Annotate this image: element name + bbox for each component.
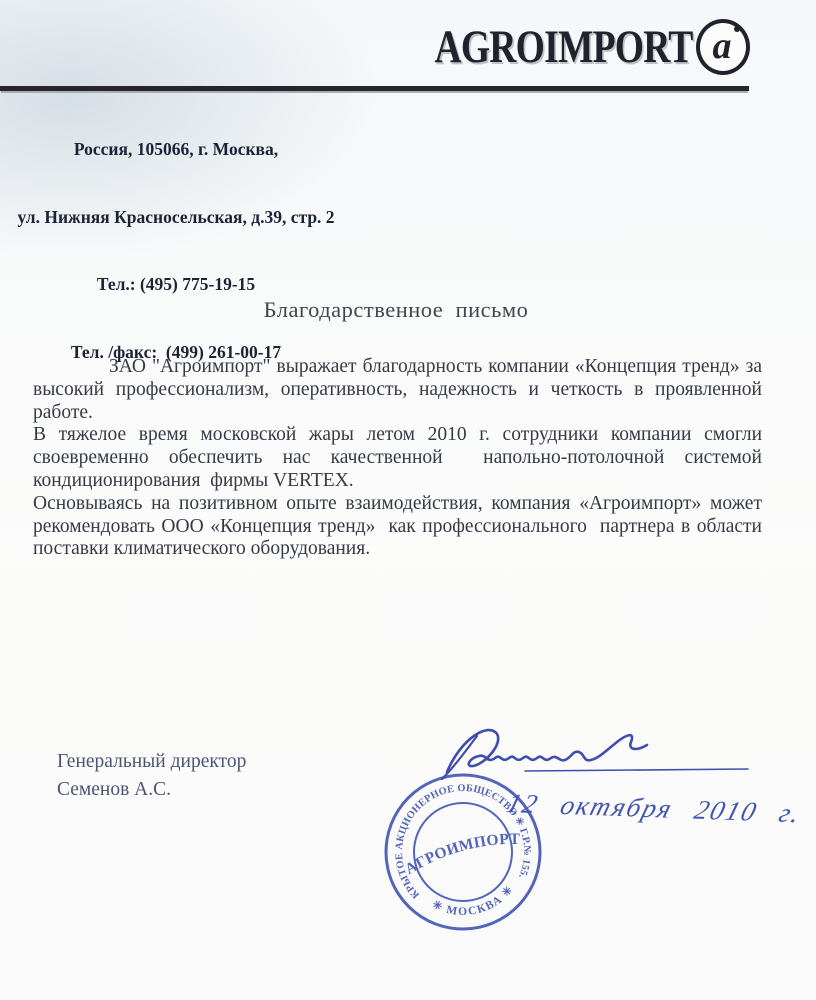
logo-a-letter: a xyxy=(713,27,732,65)
logo-a-in-circle-icon: a xyxy=(696,19,750,75)
address-phone: Тел.: (495) 775-19-15 xyxy=(8,273,344,296)
logo-wordmark: AGROIMPORT xyxy=(435,24,693,71)
logo-a-dot xyxy=(734,26,740,32)
signoff-block: Генеральный директор Семенов А.С. xyxy=(57,748,246,804)
letter-title: Благодарственное письмо xyxy=(0,297,792,323)
scanned-letter-page: AGROIMPORT a Россия, 105066, г. Москва, … xyxy=(0,0,816,1000)
handwritten-date: 12 октября 2010 г. xyxy=(503,789,805,829)
body-paragraph: В тяжелое время московской жары летом 20… xyxy=(33,424,762,492)
body-paragraph: Основываясь на позитивном опыте взаимоде… xyxy=(33,493,762,561)
signer-name: Семенов А.С. xyxy=(57,776,246,804)
company-logo: AGROIMPORT a xyxy=(370,16,750,78)
signature-underline xyxy=(525,769,748,771)
letter-body: ЗАО "Агроимпорт" выражает благодарность … xyxy=(33,356,762,561)
address-line: Россия, 105066, г. Москва, xyxy=(8,138,344,161)
stamp-ring-text-bottom: ✳ МОСКВА ✳ xyxy=(428,882,520,926)
handwriting-layer: 12 октября 2010 г. xyxy=(435,720,810,830)
letterhead-rule xyxy=(0,86,749,91)
body-paragraph: ЗАО "Агроимпорт" выражает благодарность … xyxy=(33,356,762,424)
svg-text:✳ МОСКВА ✳: ✳ МОСКВА ✳ xyxy=(428,882,520,926)
address-line: ул. Нижняя Красносельская, д.39, стр. 2 xyxy=(8,206,344,229)
signer-position: Генеральный директор xyxy=(57,748,246,776)
